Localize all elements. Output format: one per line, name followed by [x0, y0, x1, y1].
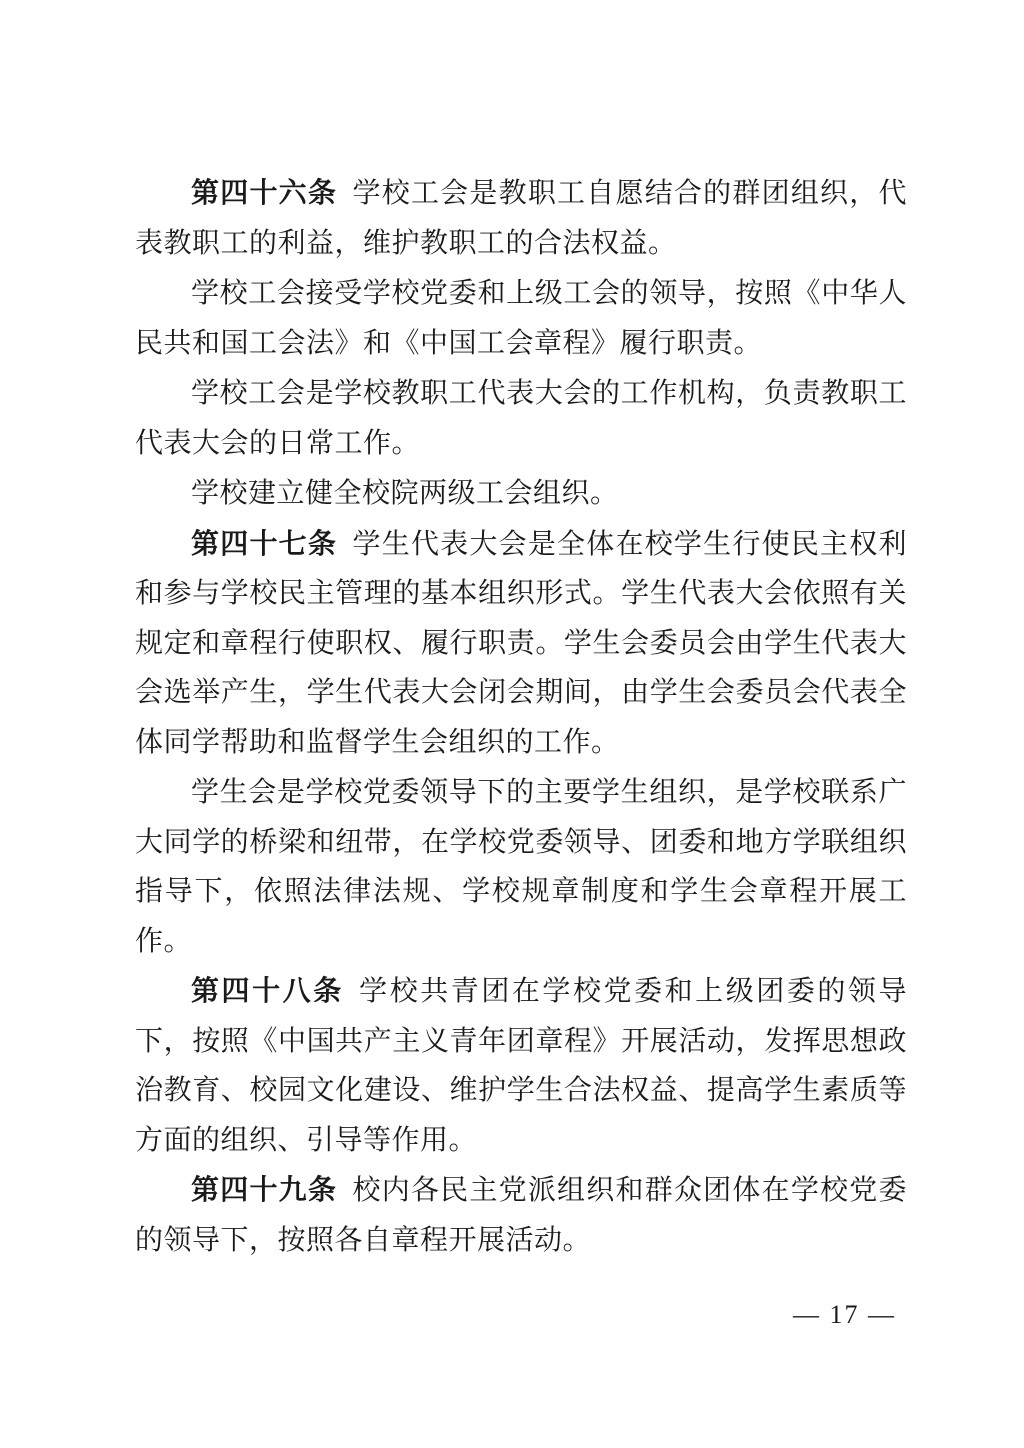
article-number: 第四十八条 — [191, 975, 344, 1006]
paragraph-article-47: 第四十七条学生代表大会是全体在校学生行使民主权利和参与学校民主管理的基本组织形式… — [135, 519, 907, 768]
paragraph-article-46: 第四十六条学校工会是教职工自愿结合的群团组织，代表教职工的利益，维护教职工的合法… — [135, 168, 907, 268]
paragraph-article-49: 第四十九条校内各民主党派组织和群众团体在学校党委的领导下，按照各自章程开展活动。 — [135, 1165, 907, 1265]
article-number: 第四十七条 — [191, 528, 337, 559]
paragraph: 学校工会是学校教职工代表大会的工作机构，负责教职工代表大会的日常工作。 — [135, 368, 907, 468]
paragraph-text: 学生代表大会是全体在校学生行使民主权利和参与学校民主管理的基本组织形式。学生代表… — [135, 529, 907, 758]
paragraph-text: 学校工会是学校教职工代表大会的工作机构，负责教职工代表大会的日常工作。 — [135, 378, 907, 459]
paragraph-text: 学校工会接受学校党委和上级工会的领导，按照《中华人民共和国工会法》和《中国工会章… — [135, 278, 907, 359]
paragraph: 学校工会接受学校党委和上级工会的领导，按照《中华人民共和国工会法》和《中国工会章… — [135, 268, 907, 368]
article-number: 第四十六条 — [191, 177, 337, 208]
paragraph: 学生会是学校党委领导下的主要学生组织，是学校联系广大同学的桥梁和纽带，在学校党委… — [135, 767, 907, 966]
paragraph-article-48: 第四十八条学校共青团在学校党委和上级团委的领导下，按照《中国共产主义青年团章程》… — [135, 966, 907, 1165]
paragraph-text: 学生会是学校党委领导下的主要学生组织，是学校联系广大同学的桥梁和纽带，在学校党委… — [135, 777, 907, 957]
paragraph: 学校建立健全校院两级工会组织。 — [135, 468, 907, 519]
paragraph-text: 学校建立健全校院两级工会组织。 — [191, 478, 619, 509]
article-number: 第四十九条 — [191, 1174, 337, 1205]
document-page: 第四十六条学校工会是教职工自愿结合的群团组织，代表教职工的利益，维护教职工的合法… — [135, 168, 907, 1265]
page-number: — 17 — — [793, 1300, 896, 1330]
